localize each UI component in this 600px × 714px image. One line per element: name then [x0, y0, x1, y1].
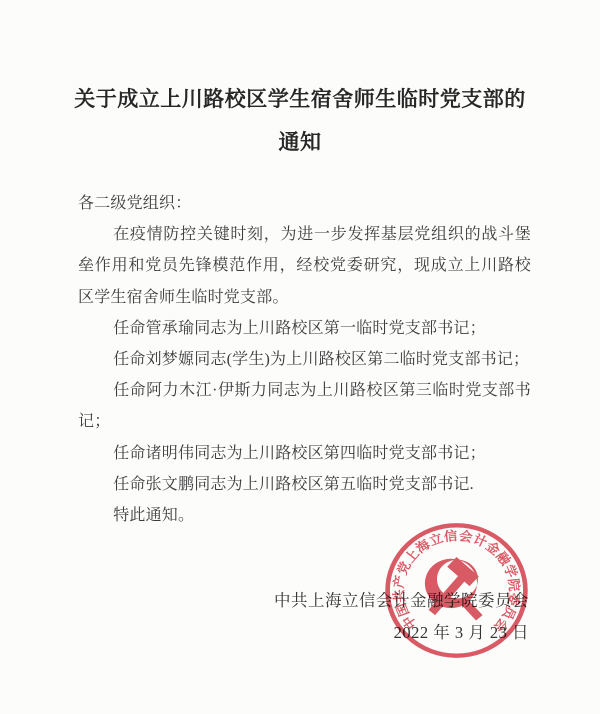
- paragraph-list: 在疫情防控关键时刻，为进一步发挥基层党组织的战斗堡垒作用和党员先锋模范作用，经校…: [78, 219, 531, 531]
- body-paragraph: 任命张文鹏同志为上川路校区第五临时党支部书记.: [78, 469, 531, 500]
- notice-body: 各二级党组织： 在疫情防控关键时刻，为进一步发挥基层党组织的战斗堡垒作用和党员先…: [78, 188, 531, 531]
- seal-graphic: 中国共产党上海立信会计金融学院委员会: [382, 520, 531, 661]
- notice-title-line-2: 通知: [0, 121, 600, 164]
- body-paragraph: 任命刘梦嫄同志(学生)为上川路校区第二临时党支部书记；: [78, 344, 531, 375]
- body-paragraph: 在疫情防控关键时刻，为进一步发挥基层党组织的战斗堡垒作用和党员先锋模范作用，经校…: [78, 219, 531, 313]
- hammer-sickle-icon: [425, 557, 483, 620]
- salutation: 各二级党组织：: [78, 188, 531, 219]
- notice-title-line-1: 关于成立上川路校区学生宿舍师生临时党支部的: [0, 78, 600, 121]
- notice-document-scan: 关于成立上川路校区学生宿舍师生临时党支部的 通知 各二级党组织： 在疫情防控关键…: [0, 0, 600, 714]
- body-paragraph: 任命阿力木江·伊斯力同志为上川路校区第三临时党支部书记；: [78, 375, 531, 437]
- official-seal: 中国共产党上海立信会计金融学院委员会: [382, 520, 531, 661]
- body-paragraph: 任命管承瑜同志为上川路校区第一临时党支部书记；: [78, 313, 531, 344]
- body-paragraph: 任命诸明伟同志为上川路校区第四临时党支部书记；: [78, 438, 531, 469]
- notice-title: 关于成立上川路校区学生宿舍师生临时党支部的 通知: [0, 78, 600, 164]
